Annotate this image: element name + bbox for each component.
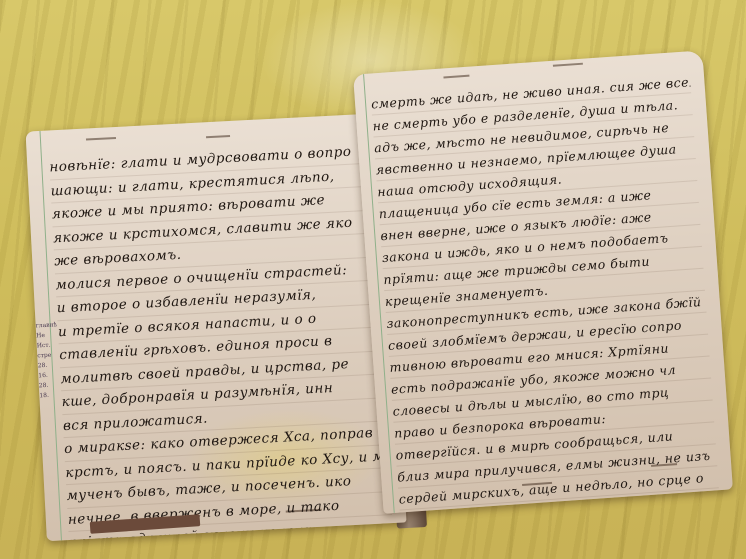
left-page: главнѣ Не Ист. стре 28. 16. 28. 18. новѣ… bbox=[26, 113, 407, 541]
text-line: и аще можно, давай своему чреву пищу bbox=[401, 510, 722, 513]
bark-lenticel bbox=[443, 75, 469, 78]
right-page: смерть же идаѣ, не живо иная. сия же все… bbox=[353, 50, 733, 513]
bark-lenticel bbox=[553, 63, 583, 67]
bark-lenticel bbox=[206, 135, 230, 138]
left-page-text: новѣнїе: глати и мудрсвовати о вопро шаю… bbox=[49, 140, 393, 542]
right-page-text: смерть же идаѣ, не живо иная. сия же все… bbox=[370, 71, 721, 513]
margin-note: главнѣ bbox=[35, 321, 50, 332]
bark-lenticel bbox=[86, 137, 116, 140]
margin-note: стре bbox=[37, 351, 52, 362]
margin-note: 18. bbox=[39, 391, 54, 402]
